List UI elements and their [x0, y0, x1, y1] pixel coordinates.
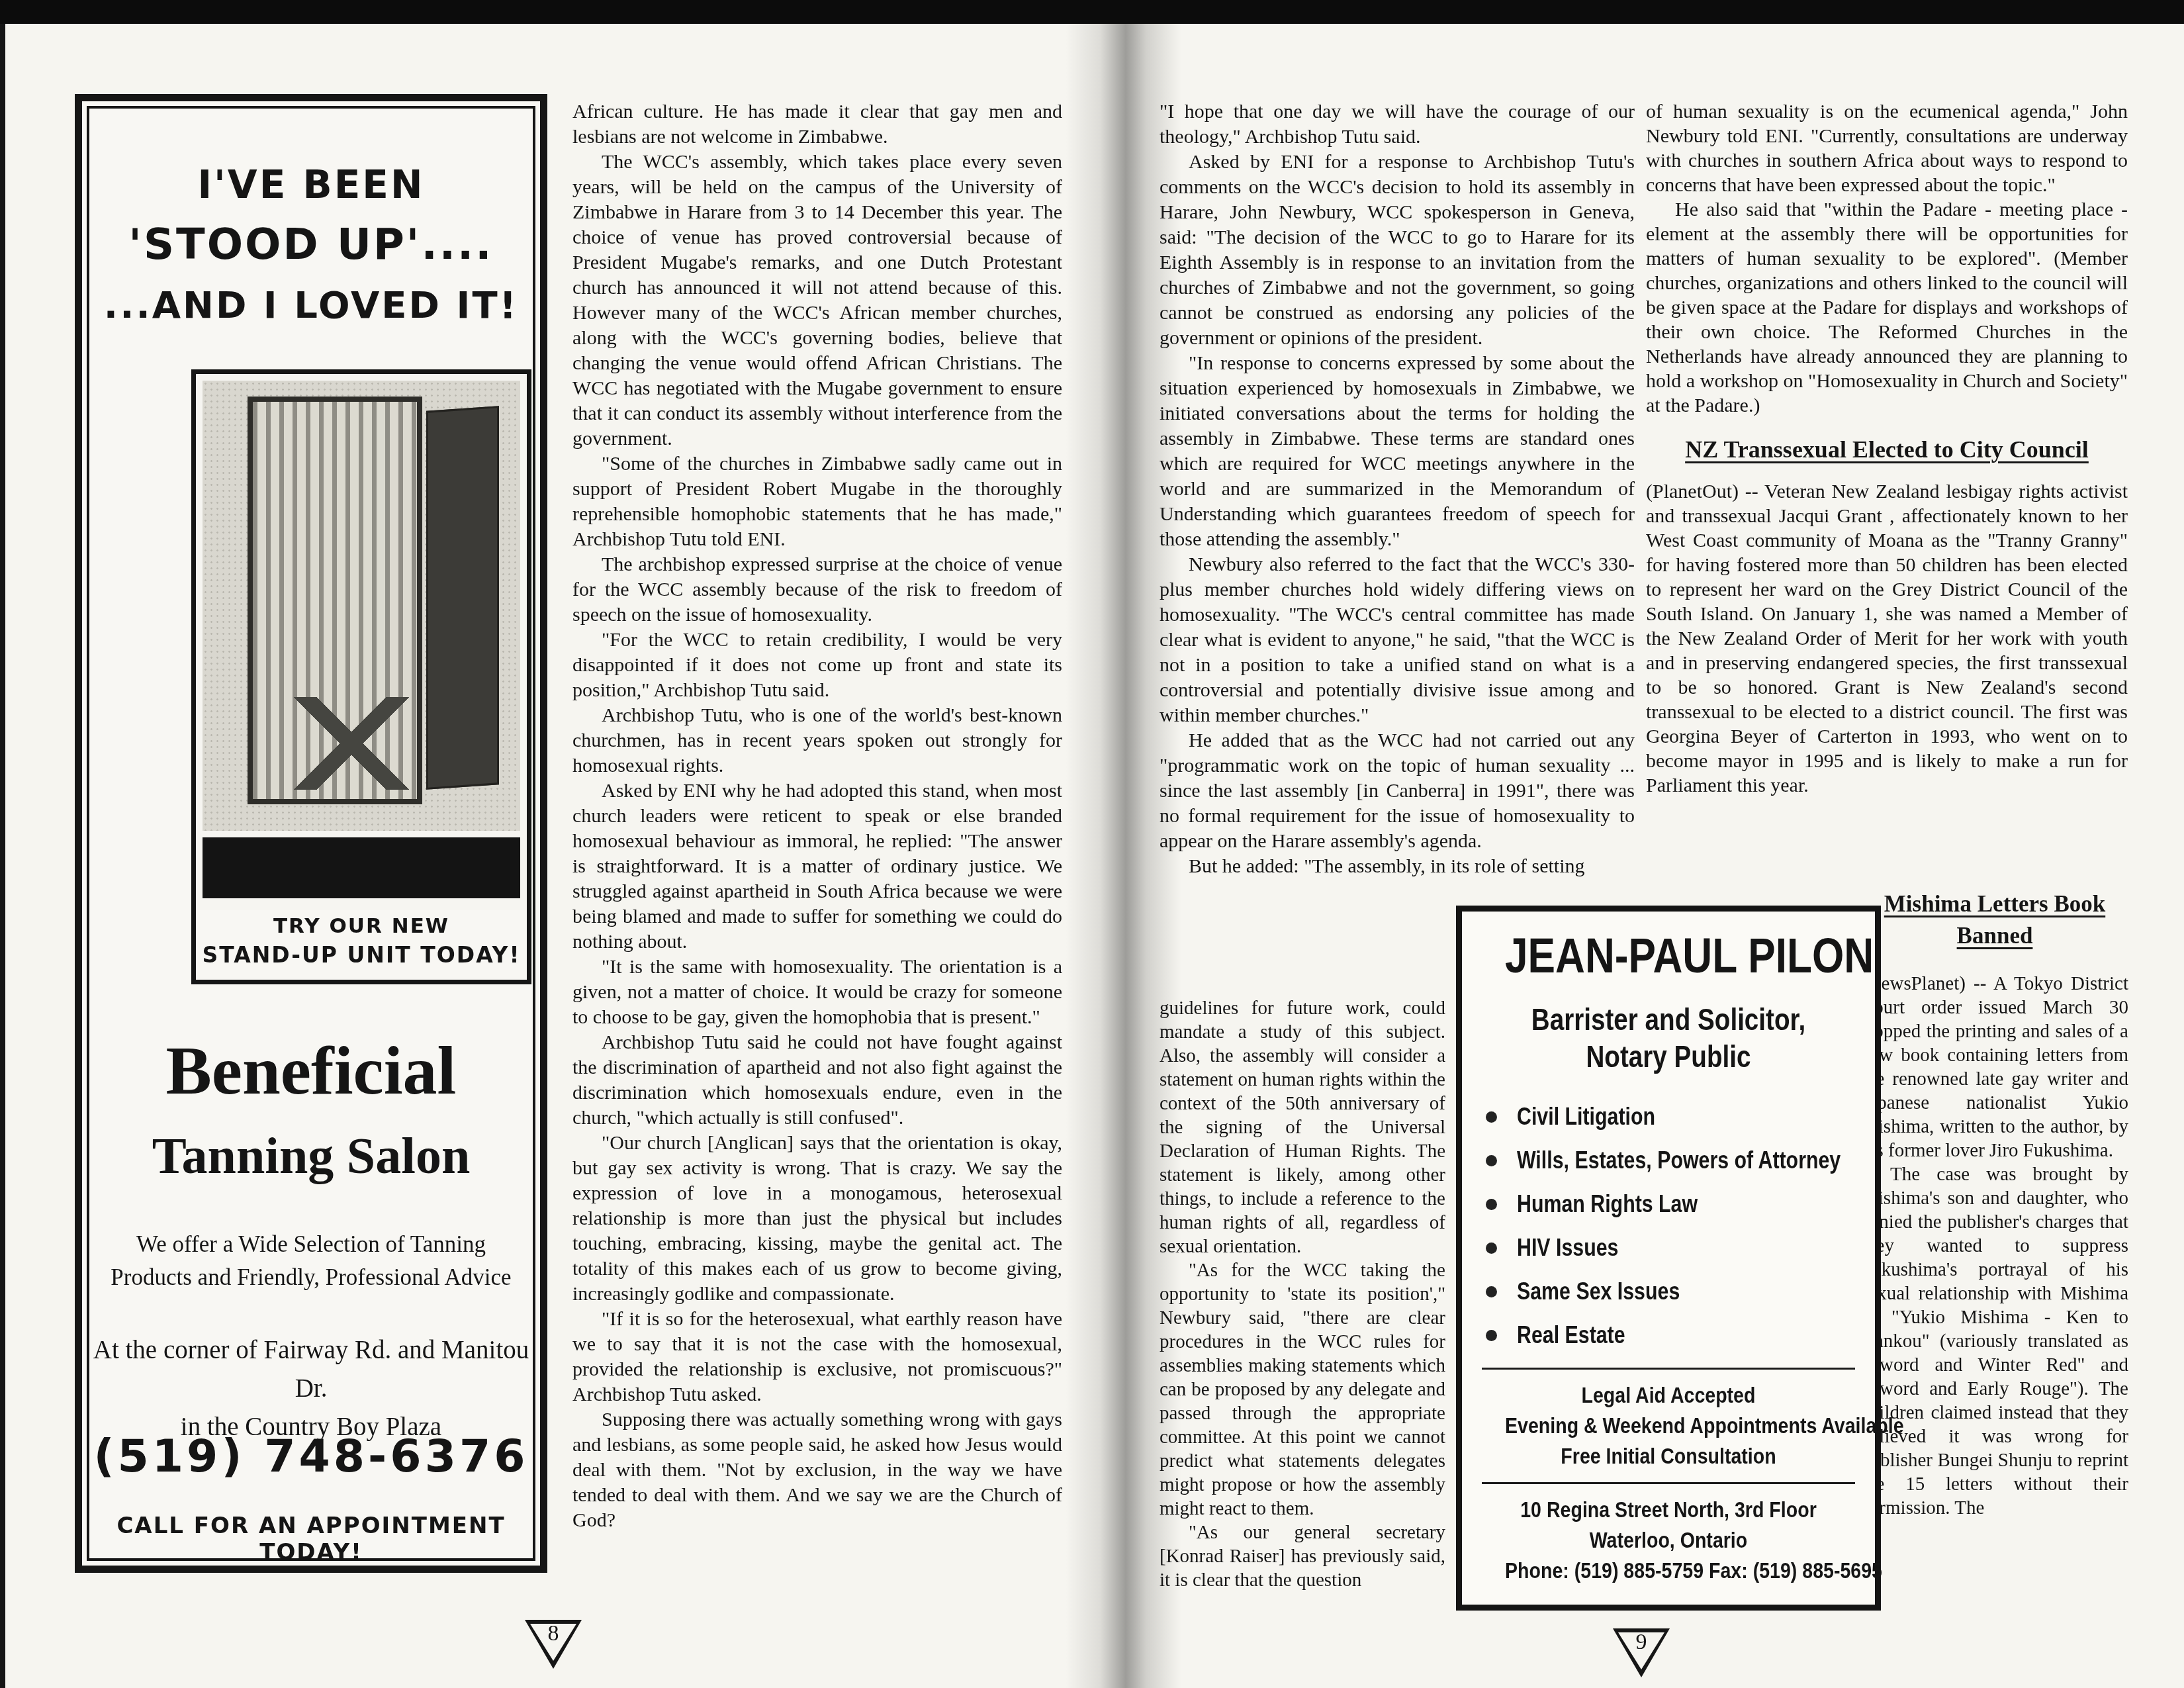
paragraph: Asked by ENI why he had adopted this sta… — [572, 778, 1062, 955]
divider — [1482, 1482, 1855, 1484]
ad-address-lines: 10 Regina Street North, 3rd Floor Waterl… — [1474, 1495, 1863, 1586]
tanning-booth-photo: TRY OUR NEW STAND-UP UNIT TODAY! — [191, 369, 531, 984]
ad-address-line: At the corner of Fairway Rd. and Manitou… — [89, 1331, 533, 1408]
ad-call-to-action: CALL FOR AN APPOINTMENT TODAY! — [82, 1513, 540, 1566]
paragraph: (PlanetOut) -- Veteran New Zealand lesbi… — [1646, 479, 2128, 798]
page-edge-stack — [0, 24, 46, 1688]
service-item: Real Estate — [1474, 1313, 1863, 1357]
page-number-triangle: 9 — [1613, 1628, 1670, 1677]
ad-address: At the corner of Fairway Rd. and Manitou… — [89, 1331, 533, 1446]
page-number-triangle: 8 — [525, 1620, 582, 1669]
divider — [1482, 1368, 1855, 1370]
wcc-tutu-article-column: African culture. He has made it clear th… — [572, 99, 1062, 1599]
paragraph: Archbishop Tutu said he could not have f… — [572, 1030, 1062, 1131]
ad-tagline-line: Products and Friendly, Professional Advi… — [89, 1261, 533, 1294]
wcc-response-column-narrow: guidelines for future work, could mandat… — [1160, 996, 1445, 1595]
right-page-column2: of human sexuality is on the ecumenical … — [1646, 99, 2128, 892]
headline-line: Mishima Letters Book — [1861, 888, 2128, 920]
business-name: Beneficial — [82, 1031, 540, 1110]
bullet-icon — [1486, 1199, 1497, 1210]
paragraph: Archbishop Tutu, who is one of the world… — [572, 703, 1062, 778]
paragraph: He also said that "within the Padare - m… — [1646, 197, 2128, 418]
ad-address-line: 10 Regina Street North, 3rd Floor — [1505, 1495, 1832, 1525]
bullet-icon — [1486, 1330, 1497, 1341]
ad-headline-line: ...AND I LOVED IT! — [95, 284, 527, 327]
service-label: HIV Issues — [1517, 1234, 1618, 1262]
service-item: HIV Issues — [1474, 1226, 1863, 1270]
service-label: Human Rights Law — [1517, 1190, 1698, 1218]
paragraph: "If it is so for the heterosexual, what … — [572, 1307, 1062, 1407]
tanning-salon-ad: I'VE BEEN 'STOOD UP'.... ...AND I LOVED … — [75, 94, 547, 1573]
lawyer-name: JEAN-PAUL PILON — [1505, 927, 1832, 984]
scan-top-edge — [0, 0, 2184, 24]
page-number: 8 — [525, 1621, 582, 1646]
headline-line: Banned — [1861, 920, 2128, 952]
lawyer-title-line: Notary Public — [1505, 1038, 1832, 1075]
photo-image — [203, 381, 520, 831]
paragraph: But he added: "The assembly, in its role… — [1160, 854, 1635, 879]
ad-headline-line: 'STOOD UP'.... — [95, 220, 527, 269]
paragraph: Newbury also referred to the fact that t… — [1160, 552, 1635, 728]
wcc-response-column-wide: "I hope that one day we will have the co… — [1160, 99, 1635, 990]
paragraph: "In response to concerns expressed by so… — [1160, 351, 1635, 552]
mishima-article-column: Mishima Letters Book Banned (NewsPlanet)… — [1861, 888, 2128, 1620]
paragraph: of human sexuality is on the ecumenical … — [1646, 99, 2128, 197]
paragraph: The WCC's assembly, which takes place ev… — [572, 150, 1062, 451]
paragraph: The case was brought by Mishima's son an… — [1861, 1162, 2128, 1520]
page-number: 9 — [1613, 1630, 1670, 1655]
lawyer-title-line: Barrister and Solicitor, — [1505, 1001, 1832, 1038]
photo-caption: TRY OUR NEW STAND-UP UNIT TODAY! — [196, 910, 527, 980]
paragraph: Supposing there was actually something w… — [572, 1407, 1062, 1533]
ad-tagline: We offer a Wide Selection of Tanning Pro… — [89, 1228, 533, 1294]
photo-dark-base — [203, 837, 520, 898]
paragraph: "As our general secretary [Konrad Raiser… — [1160, 1521, 1445, 1592]
nz-article-headline: NZ Transsexual Elected to City Council — [1646, 438, 2128, 462]
ad-info-line: Free Initial Consultation — [1505, 1441, 1832, 1472]
ad-info-line: Legal Aid Accepted — [1505, 1380, 1832, 1411]
service-item: Human Rights Law — [1474, 1182, 1863, 1226]
bullet-icon — [1486, 1111, 1497, 1123]
pilon-law-office-ad: JEAN-PAUL PILON Barrister and Solicitor,… — [1456, 906, 1881, 1611]
mishima-article-headline: Mishima Letters Book Banned — [1861, 888, 2128, 952]
service-item: Civil Litigation — [1474, 1095, 1863, 1139]
ad-info-line: Evening & Weekend Appointments Available — [1505, 1411, 1832, 1441]
ad-headline: I'VE BEEN 'STOOD UP'.... ...AND I LOVED … — [95, 162, 527, 327]
paragraph: The archbishop expressed surprise at the… — [572, 552, 1062, 628]
service-label: Wills, Estates, Powers of Attorney — [1517, 1147, 1841, 1174]
ad-address-line: Waterloo, Ontario — [1505, 1525, 1832, 1556]
photo-caption-line: TRY OUR NEW — [196, 914, 527, 938]
service-label: Real Estate — [1517, 1321, 1625, 1349]
bullet-icon — [1486, 1286, 1497, 1297]
paragraph: "Some of the churches in Zimbabwe sadly … — [572, 451, 1062, 552]
lawyer-title: Barrister and Solicitor, Notary Public — [1474, 1001, 1863, 1075]
bullet-icon — [1486, 1243, 1497, 1254]
paragraph: "It is the same with homosexuality. The … — [572, 955, 1062, 1030]
magazine-spread: I'VE BEEN 'STOOD UP'.... ...AND I LOVED … — [0, 0, 2184, 1688]
paragraph: "As for the WCC taking the opportunity t… — [1160, 1258, 1445, 1521]
paragraph: He added that as the WCC had not carried… — [1160, 728, 1635, 854]
ad-info-lines: Legal Aid Accepted Evening & Weekend App… — [1474, 1380, 1863, 1472]
business-name: Tanning Salon — [82, 1126, 540, 1186]
paragraph: (NewsPlanet) -- A Tokyo District Court o… — [1861, 972, 2128, 1162]
paragraph: "I hope that one day we will have the co… — [1160, 99, 1635, 150]
paragraph: Asked by ENI for a response to Archbisho… — [1160, 150, 1635, 351]
service-item: Same Sex Issues — [1474, 1270, 1863, 1313]
ad-address-line: Phone: (519) 885-5759 Fax: (519) 885-569… — [1505, 1556, 1832, 1586]
service-item: Wills, Estates, Powers of Attorney — [1474, 1139, 1863, 1182]
services-list: Civil Litigation Wills, Estates, Powers … — [1474, 1095, 1863, 1357]
paragraph: "For the WCC to retain credibility, I wo… — [572, 628, 1062, 703]
ad-phone: (519) 748-6376 — [82, 1430, 540, 1483]
paragraph: "Our church [Anglican] says that the ori… — [572, 1131, 1062, 1307]
ad-tagline-line: We offer a Wide Selection of Tanning — [89, 1228, 533, 1261]
tanning-booth-base-legs — [282, 697, 421, 790]
paragraph: African culture. He has made it clear th… — [572, 99, 1062, 150]
bullet-icon — [1486, 1155, 1497, 1166]
photo-caption-line: STAND-UP UNIT TODAY! — [196, 942, 527, 968]
ad-headline-line: I'VE BEEN — [95, 162, 527, 207]
service-label: Civil Litigation — [1517, 1103, 1655, 1131]
tanning-booth-door — [426, 406, 499, 790]
paragraph: guidelines for future work, could mandat… — [1160, 996, 1445, 1258]
service-label: Same Sex Issues — [1517, 1278, 1680, 1305]
